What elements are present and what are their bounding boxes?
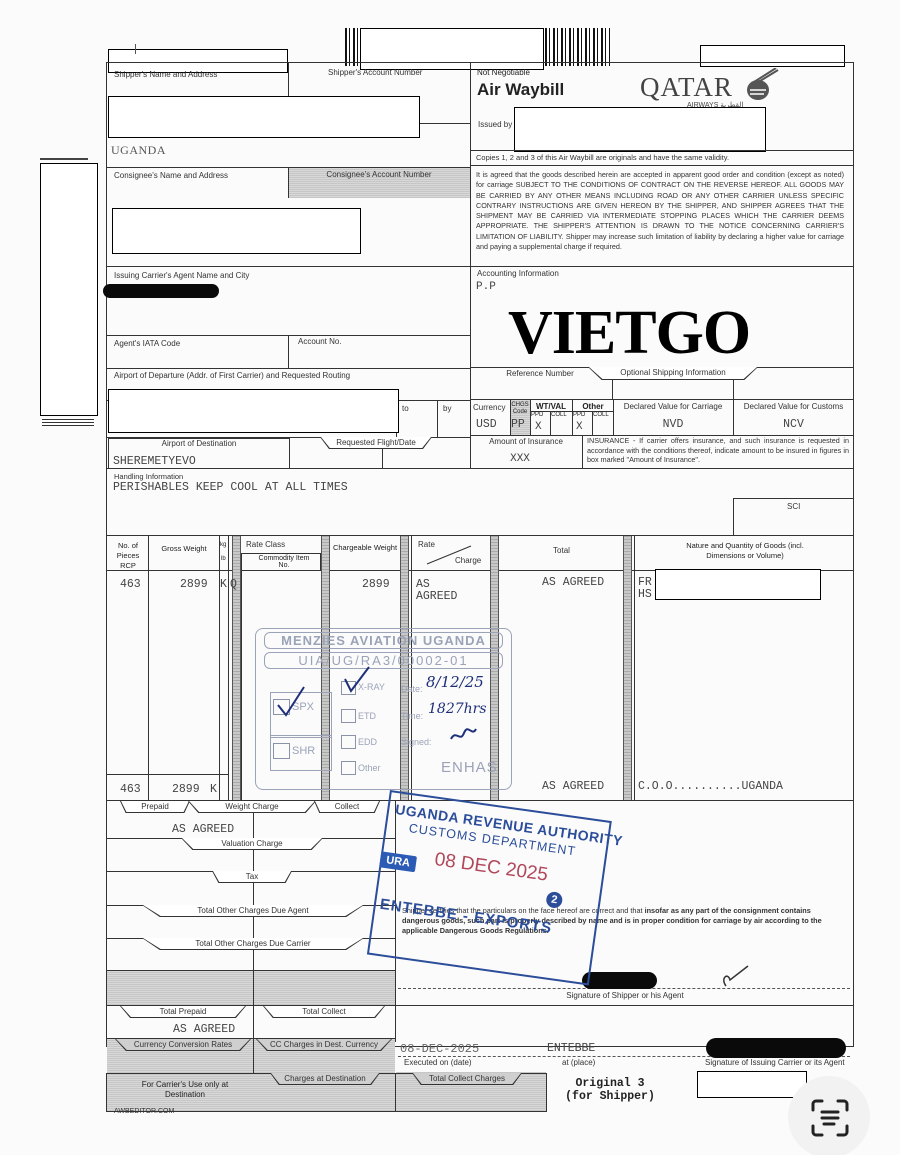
col-gross: Gross Weight <box>160 544 208 554</box>
logo-wordmark: QATAR <box>640 72 733 102</box>
consignee-label: Consignee's Name and Address <box>114 172 228 181</box>
ura-logo: URA <box>379 851 417 872</box>
other-label: Other <box>358 763 381 773</box>
total-pieces: 463 <box>120 783 141 796</box>
col-kg: kg <box>220 542 226 548</box>
accounting-label: Accounting Information <box>477 270 559 279</box>
conditions-text: It is agreed that the goods described he… <box>476 170 844 252</box>
stamp-company: MENZIES AVIATION UGANDA <box>264 632 503 649</box>
col-lb: lb <box>221 556 226 562</box>
currency-conversion-label: Currency Conversion Rates <box>116 1039 250 1050</box>
original-for: (for Shipper) <box>560 1090 660 1103</box>
executed-place: ENTEBBE <box>547 1042 595 1055</box>
other-charges-carrier-label: Total Other Charges Due Carrier <box>143 938 363 949</box>
handling-value: PERISHABLES KEEP COOL AT ALL TIMES <box>113 481 348 494</box>
stamp-code: UIA/UG/RA3/00002-01 <box>264 652 503 669</box>
total-gross: 2899 <box>172 783 200 796</box>
flight-date-label: Requested Flight/Date <box>321 437 431 448</box>
customs-badge: 2 <box>545 891 563 909</box>
sci-label: SCI <box>787 503 800 512</box>
col-chargeable: Chargeable Weight <box>332 543 398 553</box>
redacted-footer-right <box>697 1071 807 1098</box>
total-total: AS AGREED <box>542 780 604 793</box>
shipper-country: UGANDA <box>111 143 166 158</box>
col-nature: Nature and Quantity of Goods (incl. Dime… <box>670 541 820 561</box>
shipper-label: Shipper's Name and Address <box>114 71 217 80</box>
chgs-code-label: CHGS Code <box>510 402 530 416</box>
total-collect-label: Total Collect <box>264 1006 384 1017</box>
wtval-label: WT/VAL <box>530 402 572 411</box>
security-screening-stamp: MENZIES AVIATION UGANDA UIA/UG/RA3/00002… <box>255 628 512 790</box>
redacted-issuer <box>514 107 766 152</box>
total-coo: C.O.O..........UGANDA <box>638 780 783 793</box>
agent-label: Issuing Carrier's Agent Name and City <box>114 272 249 281</box>
total-prepaid-label: Total Prepaid <box>121 1006 245 1017</box>
signed-label: Signed: <box>401 737 432 747</box>
other-charges-agent-label: Total Other Charges Due Agent <box>143 905 363 916</box>
currency-label: Currency <box>473 404 505 413</box>
total-collect-charges-label: Total Collect Charges <box>413 1073 521 1084</box>
col-charge: Charge <box>455 557 481 566</box>
wtval-coll-label: COLL <box>551 412 567 418</box>
account-no-label: Account No. <box>298 338 342 347</box>
other-ppd-label: PPD <box>573 412 585 418</box>
to-label: to <box>402 405 409 414</box>
row-total: AS AGREED <box>542 576 604 589</box>
edd-label: EDD <box>358 737 377 747</box>
iata-code-label: Agent's IATA Code <box>114 340 180 349</box>
etd-label: ETD <box>358 711 376 721</box>
declared-customs-value: NCV <box>733 418 854 431</box>
etd-checkbox <box>341 709 356 723</box>
date-label: Date: <box>401 684 423 694</box>
other-label: Other <box>572 402 614 411</box>
original-copy: Original 3 (for Shipper) <box>560 1077 660 1103</box>
by-label: by <box>443 405 451 414</box>
edd-checkbox <box>341 735 356 749</box>
oryx-icon <box>738 68 780 106</box>
shipper-signature <box>718 962 752 988</box>
time-label: Time: <box>401 711 423 721</box>
original-number: Original 3 <box>560 1077 660 1090</box>
handling-label: Handling Information <box>114 473 183 481</box>
weight-charge-label: Weight Charge <box>189 801 315 812</box>
scan-marks <box>135 44 144 54</box>
row-gross: 2899 <box>180 578 208 591</box>
insurance-note: INSURANCE - If carrier offers insurance,… <box>587 436 849 465</box>
charges-destination-label: Charges at Destination <box>271 1073 379 1084</box>
total-unit: K <box>210 783 217 796</box>
shipper-account-label: Shipper's Account Number <box>328 69 422 78</box>
customs-date: 08 DEC 2025 <box>433 849 549 887</box>
redacted-agent-name <box>103 284 219 298</box>
redacted-carrier-signature <box>706 1038 846 1058</box>
tax-label: Tax <box>213 871 291 882</box>
copies-note: Copies 1, 2 and 3 of this Air Waybill ar… <box>476 154 729 162</box>
consignee-account-label: Consignee's Account Number <box>288 171 470 180</box>
blank-grey-row <box>107 971 395 1005</box>
wtval-ppd-label: PPD <box>531 412 543 418</box>
other-checkbox <box>341 761 356 775</box>
stamp-date: 8/12/25 <box>426 673 484 691</box>
document-scan-icon <box>810 1098 850 1138</box>
insurance-label: Amount of Insurance <box>470 438 582 447</box>
shr-label: SHR <box>292 745 315 757</box>
redacted-consignee <box>112 208 361 254</box>
valuation-charge-label: Valuation Charge <box>182 838 322 849</box>
col-rate-class: Rate Class <box>246 541 285 550</box>
chgs-code-value: PP <box>511 418 525 431</box>
redacted-departure <box>108 389 399 433</box>
wtval-ppd-value: X <box>535 421 542 433</box>
currency-value: USD <box>476 418 497 431</box>
shipper-signature-label: Signature of Shipper or his Agent <box>396 992 854 1001</box>
other-ppd-value: X <box>576 421 583 433</box>
customs-location: ENTEBBE - EXPORTS <box>379 896 553 937</box>
executed-date-label: Executed on (date) <box>404 1059 472 1068</box>
accounting-value: P.P <box>476 281 496 293</box>
row-rate-2: AGREED <box>416 590 457 603</box>
collect-label: Collect <box>315 801 379 812</box>
destination-value: SHEREMETYEVO <box>113 455 196 468</box>
side-line-top <box>40 158 88 160</box>
shr-checkbox <box>273 743 290 759</box>
col-total: Total <box>500 547 623 556</box>
executed-place-label: at (place) <box>562 1059 595 1068</box>
row-nature-2: HS <box>638 588 652 601</box>
carrier-signature-label: Signature of Issuing Carrier or its Agen… <box>705 1059 845 1068</box>
not-negotiable: Not Negotiable <box>477 68 530 77</box>
qatar-logo: QATAR AIRWAYS القطرية <box>640 72 733 103</box>
row-chargeable: 2899 <box>362 578 390 591</box>
redacted-shipper-address <box>108 96 420 138</box>
watermark: VIETGO <box>508 298 750 369</box>
side-line-bottom <box>42 418 94 426</box>
departure-label: Airport of Departure (Addr. of First Car… <box>114 372 350 381</box>
declared-carriage-label: Declared Value for Carriage <box>613 403 733 412</box>
footer-brand: AWBEDITOR.COM <box>114 1108 174 1115</box>
xray-checkmark <box>342 665 372 695</box>
redacted-shipper-signature <box>582 972 657 989</box>
redacted-side-label <box>40 163 98 416</box>
row-unit: K <box>220 578 227 591</box>
declared-customs-label: Declared Value for Customs <box>733 403 854 412</box>
redacted-goods-description <box>655 569 821 600</box>
col-commodity: Commodity Item No. <box>254 555 314 569</box>
spx-checkmark <box>274 685 306 719</box>
declared-carriage-value: NVD <box>613 418 733 431</box>
insurance-value: XXX <box>470 453 570 465</box>
col-pieces: No. of Pieces RCP <box>108 541 148 571</box>
total-prepaid-value: AS AGREED <box>173 1023 235 1036</box>
row-rate-class: Q <box>230 578 237 591</box>
carrier-use-label: For Carrier's Use only at Destination <box>140 1080 230 1100</box>
optional-shipping-label: Optional Shipping Information <box>589 367 757 379</box>
document-title: Air Waybill <box>477 80 564 100</box>
issued-by-label: Issued by <box>478 121 512 130</box>
stamp-time: 1827hrs <box>428 701 487 717</box>
row-pieces: 463 <box>120 578 141 591</box>
scan-document-button[interactable] <box>788 1076 870 1155</box>
stamp-signature <box>448 725 478 745</box>
prepaid-label: Prepaid <box>121 801 189 812</box>
other-coll-label: COLL <box>593 412 609 418</box>
stamp-footer: ENHAS <box>441 759 498 776</box>
weight-charge-prepaid: AS AGREED <box>172 823 234 836</box>
cc-charges-label: CC Charges in Dest. Currency <box>257 1039 391 1050</box>
destination-label: Airport of Destination <box>108 440 290 449</box>
customs-stamp: UGANDA REVENUE AUTHORITY CUSTOMS DEPARTM… <box>367 790 612 986</box>
executed-date: 08-DEC-2025 <box>400 1042 479 1056</box>
